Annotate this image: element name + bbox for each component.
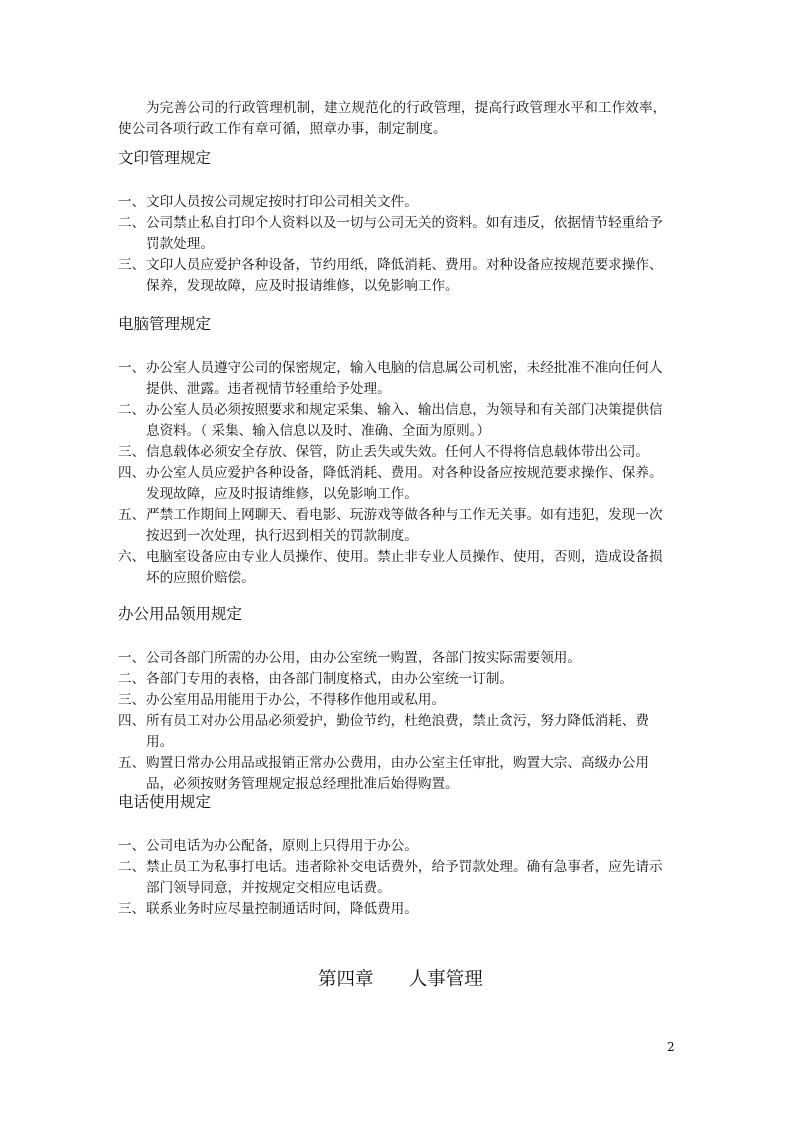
item-text: 办公室人员必须按照要求和规定采集、输入、输出信息，为领导和有关部门决策提供信息资…	[146, 402, 663, 439]
list-item: 三、联系业务时应尽量控制通话时间，降低费用。	[118, 899, 674, 920]
section-title: 电脑管理规定	[118, 314, 674, 334]
item-number: 二、	[118, 857, 146, 878]
item-text: 严禁工作期间上网聊天、看电影、玩游戏等做各种与工作无关事。如有违犯，发现一次按迟…	[146, 507, 663, 544]
item-text: 购置日常办公用品或报销正常办公费用，由办公室主任审批，购置大宗、高级办公用品，必…	[146, 755, 649, 792]
section-title: 办公用品领用规定	[118, 604, 674, 624]
list-item: 六、电脑室设备应由专业人员操作、使用。禁止非专业人员操作、使用，否则，造成设备损…	[118, 547, 674, 589]
item-number: 四、	[118, 463, 146, 484]
item-text: 公司电话为办公配备，原则上只得用于办公。	[146, 838, 418, 854]
section-office-supplies-rules: 办公用品领用规定 一、公司各部门所需的办公用，由办公室统一购置，各部门按实际需要…	[118, 604, 674, 795]
item-text: 各部门专用的表格，由各部门制度格式，由办公室统一订制。	[146, 671, 513, 687]
list-item: 二、公司禁止私自打印个人资料以及一切与公司无关的资料。如有违反，依据情节轻重给予…	[118, 213, 674, 255]
section-telephone-rules: 电话使用规定 一、公司电话为办公配备，原则上只得用于办公。 二、禁止员工为私事打…	[118, 792, 674, 920]
list-item: 二、各部门专用的表格，由各部门制度格式，由办公室统一订制。	[118, 669, 674, 690]
item-text: 所有员工对办公用品必须爱护，勤俭节约，杜绝浪费，禁止贪污，努力降低消耗、费用。	[146, 713, 649, 750]
list-item: 二、办公室人员必须按照要求和规定采集、输入、输出信息，为领导和有关部门决策提供信…	[118, 400, 674, 442]
list-item: 一、文印人员按公司规定按时打印公司相关文件。	[118, 192, 674, 213]
list-item: 三、信息载体必须安全存放、保管，防止丢失或失效。任何人不得将信息载体带出公司。	[118, 442, 674, 463]
list-item: 四、办公室人员应爱护各种设备，降低消耗、费用。对各种设备应按规范要求操作、保养。…	[118, 463, 674, 505]
item-text: 禁止员工为私事打电话。违者除补交电话费外，给予罚款处理。确有急事者，应先请示部门…	[146, 859, 663, 896]
item-number: 二、	[118, 213, 146, 234]
page-number: 2	[667, 1040, 675, 1054]
item-text: 文印人员按公司规定按时打印公司相关文件。	[146, 194, 418, 210]
item-number: 二、	[118, 669, 146, 690]
chapter-heading: 第四章 人事管理	[318, 965, 483, 991]
item-text: 公司禁止私自打印个人资料以及一切与公司无关的资料。如有违反，依据情节轻重给予罚款…	[146, 215, 663, 252]
list-item: 五、严禁工作期间上网聊天、看电影、玩游戏等做各种与工作无关事。如有违犯，发现一次…	[118, 505, 674, 547]
section-title: 文印管理规定	[118, 148, 674, 168]
item-number: 三、	[118, 690, 146, 711]
item-text: 公司各部门所需的办公用，由办公室统一购置，各部门按实际需要领用。	[146, 650, 581, 666]
item-number: 一、	[118, 836, 146, 857]
intro-paragraph: 为完善公司的行政管理机制，建立规范化的行政管理，提高行政管理水平和工作效率，使公…	[118, 98, 674, 140]
item-text: 办公室人员应爱护各种设备，降低消耗、费用。对各种设备应按规范要求操作、保养。发现…	[146, 465, 663, 502]
item-text: 办公室人员遵守公司的保密规定，输入电脑的信息属公司机密，未经批准不准向任何人提供…	[146, 360, 663, 397]
section-printing-rules: 文印管理规定 一、文印人员按公司规定按时打印公司相关文件。 二、公司禁止私自打印…	[118, 148, 674, 297]
item-text: 信息载体必须安全存放、保管，防止丢失或失效。任何人不得将信息载体带出公司。	[146, 444, 649, 460]
item-text: 电脑室设备应由专业人员操作、使用。禁止非专业人员操作、使用，否则，造成设备损坏的…	[146, 549, 663, 586]
item-number: 四、	[118, 711, 146, 732]
list-item: 三、文印人员应爱护各种设备，节约用纸，降低消耗、费用。对种设备应按规范要求操作、…	[118, 255, 674, 297]
item-number: 二、	[118, 400, 146, 421]
item-number: 三、	[118, 442, 146, 463]
item-number: 一、	[118, 648, 146, 669]
item-number: 一、	[118, 192, 146, 213]
item-text: 联系业务时应尽量控制通话时间，降低费用。	[146, 901, 418, 917]
list-item: 一、办公室人员遵守公司的保密规定，输入电脑的信息属公司机密，未经批准不准向任何人…	[118, 358, 674, 400]
item-number: 五、	[118, 505, 146, 526]
section-title: 电话使用规定	[118, 792, 674, 812]
item-number: 六、	[118, 547, 146, 568]
list-item: 五、购置日常办公用品或报销正常办公费用，由办公室主任审批，购置大宗、高级办公用品…	[118, 753, 674, 795]
item-number: 三、	[118, 899, 146, 920]
list-item: 四、所有员工对办公用品必须爱护，勤俭节约，杜绝浪费，禁止贪污，努力降低消耗、费用…	[118, 711, 674, 753]
list-item: 一、公司电话为办公配备，原则上只得用于办公。	[118, 836, 674, 857]
item-number: 一、	[118, 358, 146, 379]
item-number: 五、	[118, 753, 146, 774]
list-item: 一、公司各部门所需的办公用，由办公室统一购置，各部门按实际需要领用。	[118, 648, 674, 669]
list-item: 三、办公室用品用能用于办公，不得移作他用或私用。	[118, 690, 674, 711]
list-item: 二、禁止员工为私事打电话。违者除补交电话费外，给予罚款处理。确有急事者，应先请示…	[118, 857, 674, 899]
item-number: 三、	[118, 255, 146, 276]
item-text: 文印人员应爱护各种设备，节约用纸，降低消耗、费用。对种设备应按规范要求操作、保养…	[146, 257, 663, 294]
section-computer-rules: 电脑管理规定 一、办公室人员遵守公司的保密规定，输入电脑的信息属公司机密，未经批…	[118, 314, 674, 589]
item-text: 办公室用品用能用于办公，不得移作他用或私用。	[146, 692, 445, 708]
